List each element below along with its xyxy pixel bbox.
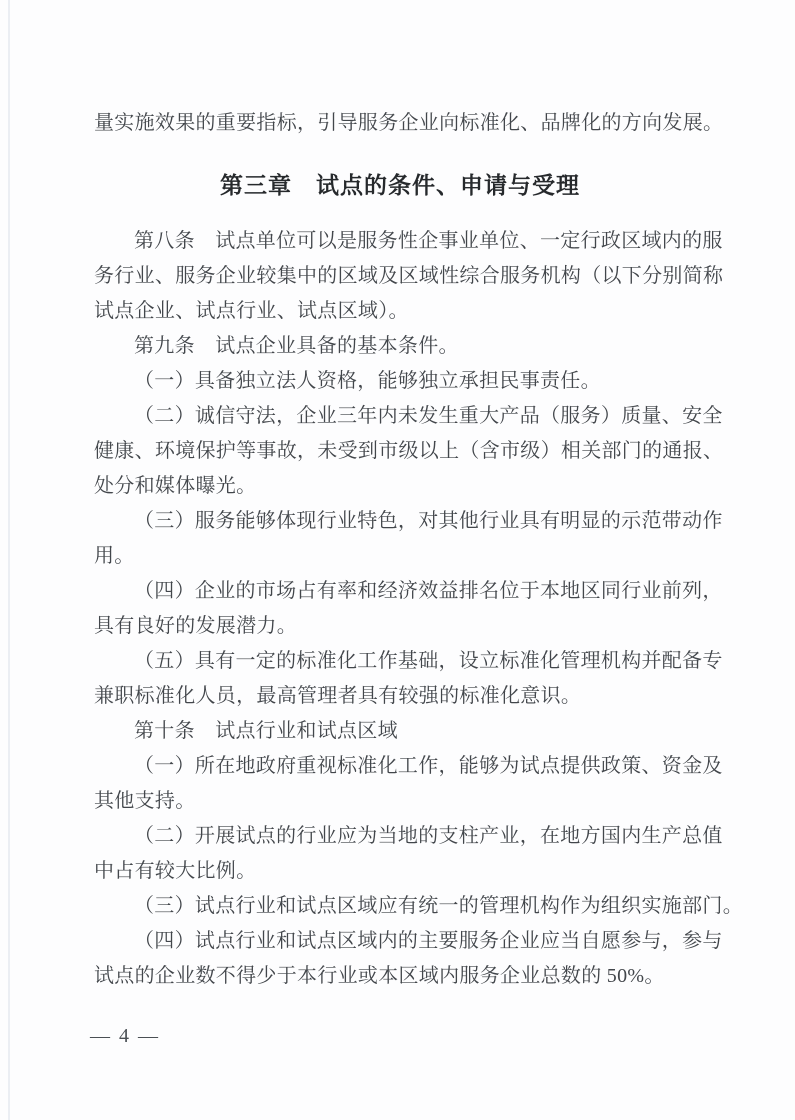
text-line: 务行业、服务企业较集中的区域及区域性综合服务机构（以下分别简称 [94, 259, 706, 294]
text-line: 第十条 试点行业和试点区域 [94, 714, 706, 749]
text-line: （一）所在地政府重视标准化工作，能够为试点提供政策、资金及 [94, 749, 706, 784]
text-line: （二）开展试点的行业应为当地的支柱产业，在地方国内生产总值 [94, 819, 706, 854]
text-line: （五）具有一定的标准化工作基础，设立标准化管理机构并配备专 [94, 644, 706, 679]
text-line: 具有良好的发展潜力。 [94, 609, 706, 644]
text-line: 试点的企业数不得少于本行业或本区域内服务企业总数的 50%。 [94, 959, 706, 994]
text-line: （四）企业的市场占有率和经济效益排名位于本地区同行业前列， [94, 574, 706, 609]
page-number: — 4 — [90, 1021, 160, 1051]
text-line: 第八条 试点单位可以是服务性企事业单位、一定行政区域内的服 [94, 224, 706, 259]
text-line: （四）试点行业和试点区域内的主要服务企业应当自愿参与，参与 [94, 924, 706, 959]
text-line: 处分和媒体曝光。 [94, 469, 706, 504]
scan-edge-artifact [8, 0, 10, 1120]
text-line: 第九条 试点企业具备的基本条件。 [94, 329, 706, 364]
text-line: 兼职标准化人员，最高管理者具有较强的标准化意识。 [94, 679, 706, 714]
text-line: （一）具备独立法人资格，能够独立承担民事责任。 [94, 364, 706, 399]
chapter-heading: 第三章 试点的条件、申请与受理 [94, 168, 706, 203]
text-line: 用。 [94, 539, 706, 574]
text-line: 量实施效果的重要指标，引导服务企业向标准化、品牌化的方向发展。 [94, 106, 706, 141]
document-page: 量实施效果的重要指标，引导服务企业向标准化、品牌化的方向发展。第三章 试点的条件… [0, 0, 795, 1120]
text-line: 试点企业、试点行业、试点区域）。 [94, 294, 706, 329]
text-line: 健康、环境保护等事故，未受到市级以上（含市级）相关部门的通报、 [94, 434, 706, 469]
text-line: （三）服务能够体现行业特色，对其他行业具有明显的示范带动作 [94, 504, 706, 539]
document-content: 量实施效果的重要指标，引导服务企业向标准化、品牌化的方向发展。第三章 试点的条件… [94, 106, 706, 994]
text-line: （三）试点行业和试点区域应有统一的管理机构作为组织实施部门。 [94, 889, 706, 924]
text-line: 中占有较大比例。 [94, 854, 706, 889]
text-line: 其他支持。 [94, 784, 706, 819]
text-line: （二）诚信守法，企业三年内未发生重大产品（服务）质量、安全 [94, 399, 706, 434]
